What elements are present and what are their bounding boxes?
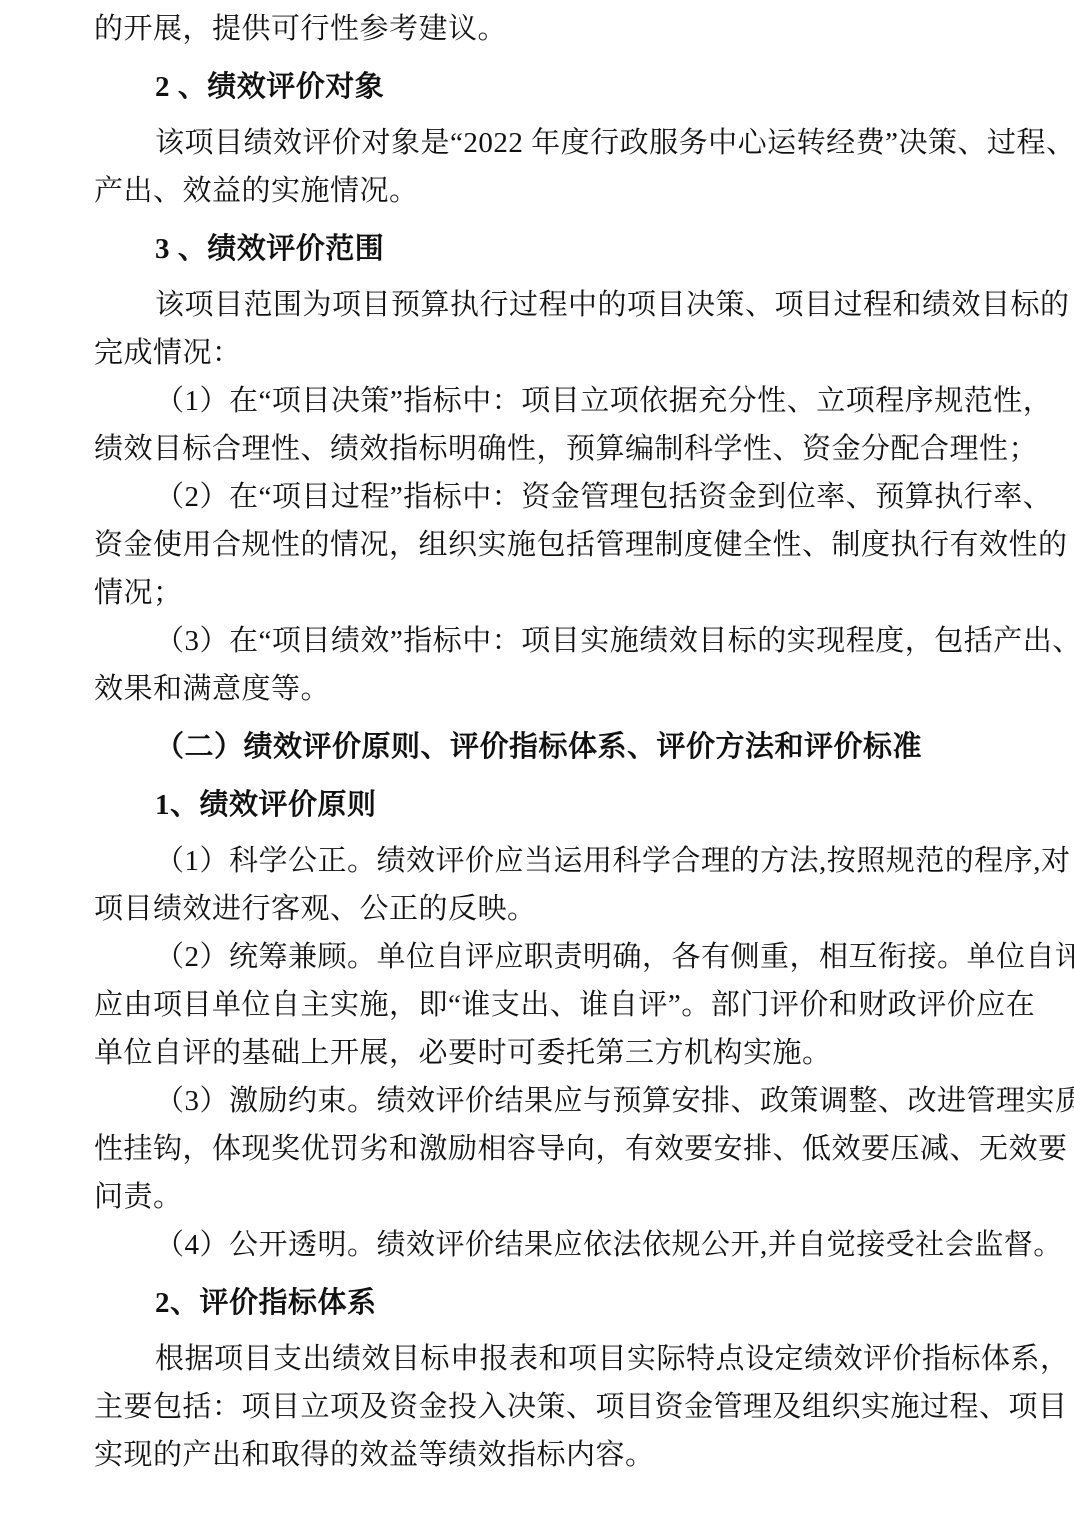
section-heading: 3 、绩效评价范围 bbox=[94, 225, 1046, 273]
body-line: 的开展，提供可行性参考建议。 bbox=[94, 5, 1046, 53]
body-line: 实现的产出和取得的效益等绩效指标内容。 bbox=[94, 1431, 1046, 1479]
body-line: 资金使用合规性的情况，组织实施包括管理制度健全性、制度执行有效性的 bbox=[94, 521, 1046, 569]
body-line: 该项目范围为项目预算执行过程中的项目决策、项目过程和绩效目标的 bbox=[94, 281, 1046, 329]
body-line: （1）在“项目决策”指标中：项目立项依据充分性、立项程序规范性， bbox=[94, 377, 1046, 425]
body-line: （2）在“项目过程”指标中：资金管理包括资金到位率、预算执行率、 bbox=[94, 473, 1046, 521]
body-line: 该项目绩效评价对象是“2022 年度行政服务中心运转经费”决策、过程、 bbox=[94, 119, 1046, 167]
body-line: 单位自评的基础上开展，必要时可委托第三方机构实施。 bbox=[94, 1029, 1046, 1077]
section-heading: 2、评价指标体系 bbox=[94, 1279, 1046, 1327]
body-line: 问责。 bbox=[94, 1173, 1046, 1221]
section-heading: 2 、绩效评价对象 bbox=[94, 63, 1046, 111]
body-line: 主要包括：项目立项及资金投入决策、项目资金管理及组织实施过程、项目 bbox=[94, 1383, 1046, 1431]
body-line: 项目绩效进行客观、公正的反映。 bbox=[94, 885, 1046, 933]
body-line: 完成情况： bbox=[94, 329, 1046, 377]
body-line: 应由项目单位自主实施，即“谁支出、谁自评”。部门评价和财政评价应在 bbox=[94, 981, 1046, 1029]
body-line: 效果和满意度等。 bbox=[94, 665, 1046, 713]
section-heading: 1、绩效评价原则 bbox=[94, 781, 1046, 829]
section-heading: （二）绩效评价原则、评价指标体系、评价方法和评价标准 bbox=[94, 723, 1046, 771]
document-page: 的开展，提供可行性参考建议。 2 、绩效评价对象 该项目绩效评价对象是“2022… bbox=[0, 0, 1074, 1520]
body-line: （4）公开透明。绩效评价结果应依法依规公开,并自觉接受社会监督。 bbox=[94, 1221, 1046, 1269]
body-line: 产出、效益的实施情况。 bbox=[94, 167, 1046, 215]
body-line: 根据项目支出绩效目标申报表和项目实际特点设定绩效评价指标体系， bbox=[94, 1335, 1046, 1383]
body-line: （3）在“项目绩效”指标中：项目实施绩效目标的实现程度，包括产出、 bbox=[94, 617, 1046, 665]
body-line: （1）科学公正。绩效评价应当运用科学合理的方法,按照规范的程序,对 bbox=[94, 837, 1046, 885]
body-line: （3）激励约束。绩效评价结果应与预算安排、政策调整、改进管理实质 bbox=[94, 1077, 1046, 1125]
body-line: 情况； bbox=[94, 569, 1046, 617]
body-line: 绩效目标合理性、绩效指标明确性，预算编制科学性、资金分配合理性； bbox=[94, 425, 1046, 473]
body-line: 性挂钩，体现奖优罚劣和激励相容导向，有效要安排、低效要压减、无效要 bbox=[94, 1125, 1046, 1173]
body-line: （2）统筹兼顾。单位自评应职责明确，各有侧重，相互衔接。单位自评 bbox=[94, 933, 1046, 981]
